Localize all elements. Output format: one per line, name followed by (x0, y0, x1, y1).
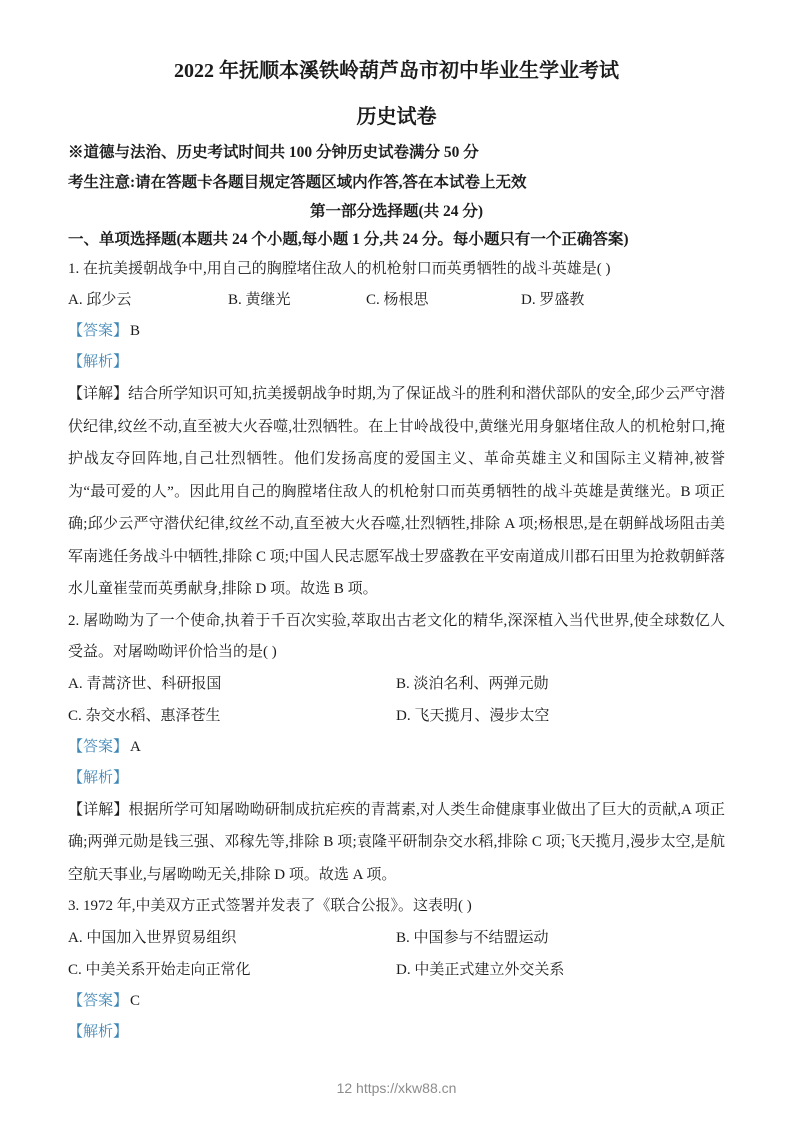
question-1-stem: 1. 在抗美援朝战争中,用自己的胸膛堵住敌人的机枪射口而英勇牺牲的战斗英雄是( … (68, 254, 725, 285)
question-2-answer: A (128, 739, 141, 755)
question-2-explanation: 【详解】根据所学可知屠呦呦研制成抗疟疾的青蒿素,对人类生命健康事业做出了巨大的贡… (68, 794, 725, 892)
section-heading: 第一部分选择题(共 24 分) (68, 198, 725, 226)
exam-subtitle: 历史试卷 (68, 100, 725, 134)
analysis-label: 【解析】 (68, 354, 128, 370)
page-footer: 12 https://xkw88.cn (0, 1080, 793, 1096)
question-3-option-d: D. 中美正式建立外交关系 (396, 954, 724, 986)
answer-label: 【答案】 (68, 739, 128, 755)
question-2-options: A. 青蒿济世、科研报国 B. 淡泊名利、两弹元勋 C. 杂交水稻、惠泽苍生 D… (68, 668, 725, 732)
exam-title: 2022 年抚顺本溪铁岭葫芦岛市初中毕业生学业考试 (68, 54, 725, 88)
question-1-option-b: B. 黄继光 (228, 285, 366, 316)
exam-notice-duration: ※道德与法治、历史考试时间共 100 分钟历史试卷满分 50 分 (68, 138, 725, 168)
question-1: 1. 在抗美援朝战争中,用自己的胸膛堵住敌人的机枪射口而英勇牺牲的战斗英雄是( … (68, 254, 725, 606)
question-1-answer-line: 【答案】B (68, 316, 725, 347)
question-1-option-c: C. 杨根思 (366, 285, 521, 316)
exam-notice-candidates: 考生注意:请在答题卡各题目规定答题区域内作答,答在本试卷上无效 (68, 168, 725, 198)
question-3-option-b: B. 中国参与不结盟运动 (396, 922, 724, 954)
question-2-option-c: C. 杂交水稻、惠泽苍生 (68, 700, 396, 732)
question-3-options: A. 中国加入世界贸易组织 B. 中国参与不结盟运动 C. 中美关系开始走向正常… (68, 922, 725, 986)
question-1-analysis-line: 【解析】 (68, 347, 725, 378)
question-1-explanation: 【详解】结合所学知识可知,抗美援朝战争时期,为了保证战斗的胜利和潜伏部队的安全,… (68, 378, 725, 606)
exam-paper-page: 2022 年抚顺本溪铁岭葫芦岛市初中毕业生学业考试 历史试卷 ※道德与法治、历史… (0, 0, 793, 1122)
question-2-option-b: B. 淡泊名利、两弹元勋 (396, 668, 724, 700)
question-1-option-a: A. 邱少云 (68, 285, 228, 316)
question-1-answer: B (128, 323, 140, 339)
answer-label: 【答案】 (68, 323, 128, 339)
question-3-analysis-line: 【解析】 (68, 1017, 725, 1048)
question-3-answer: C (128, 993, 140, 1009)
question-3-stem: 3. 1972 年,中美双方正式签署并发表了《联合公报》。这表明( ) (68, 891, 725, 922)
question-3-option-c: C. 中美关系开始走向正常化 (68, 954, 396, 986)
question-3: 3. 1972 年,中美双方正式签署并发表了《联合公报》。这表明( ) A. 中… (68, 891, 725, 1048)
analysis-label: 【解析】 (68, 1024, 128, 1040)
question-1-options: A. 邱少云 B. 黄继光 C. 杨根思 D. 罗盛教 (68, 285, 725, 316)
question-3-answer-line: 【答案】C (68, 986, 725, 1017)
question-3-option-a: A. 中国加入世界贸易组织 (68, 922, 396, 954)
question-2-option-d: D. 飞天揽月、漫步太空 (396, 700, 724, 732)
question-2-answer-line: 【答案】A (68, 732, 725, 763)
question-2-stem: 2. 屠呦呦为了一个使命,执着于千百次实验,萃取出古老文化的精华,深深植入当代世… (68, 606, 725, 668)
part-heading: 一、单项选择题(本题共 24 个小题,每小题 1 分,共 24 分。每小题只有一… (68, 226, 725, 254)
question-1-option-d: D. 罗盛教 (521, 285, 725, 316)
analysis-label: 【解析】 (68, 770, 128, 786)
answer-label: 【答案】 (68, 993, 128, 1009)
question-2: 2. 屠呦呦为了一个使命,执着于千百次实验,萃取出古老文化的精华,深深植入当代世… (68, 606, 725, 892)
question-2-option-a: A. 青蒿济世、科研报国 (68, 668, 396, 700)
question-2-analysis-line: 【解析】 (68, 763, 725, 794)
